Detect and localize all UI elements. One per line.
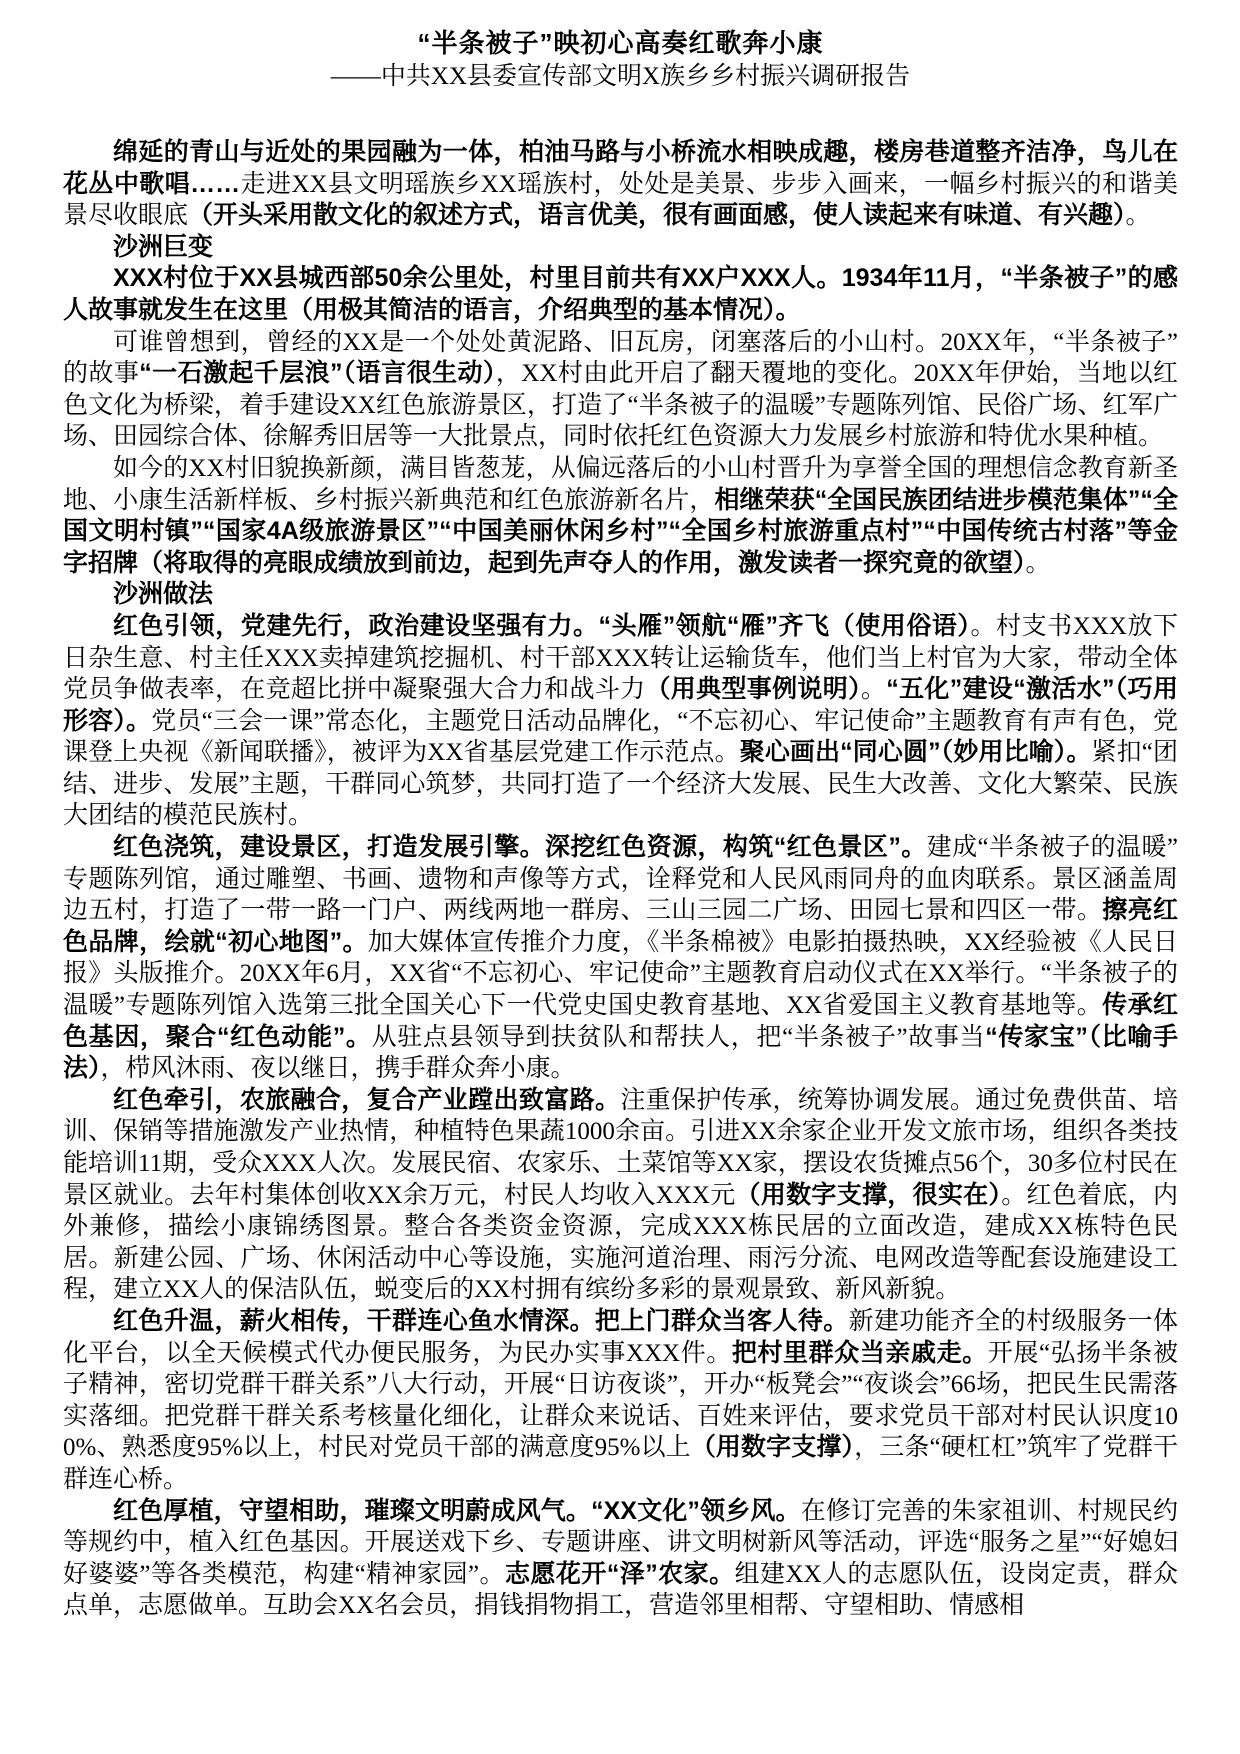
bold-run: 红色浇筑，建设景区，打造发展引擎。深挖红色资源，构筑“红色景区”。 (113, 833, 927, 861)
bold-run: 把村里群众当亲戚走。 (732, 1339, 988, 1367)
section-heading: 沙洲做法 (63, 579, 1178, 611)
bold-run: XXX村位于XX县城西部50余公里处，村里目前共有XX户XXX人。1934年11… (63, 264, 1178, 324)
bold-run: （用典型事例说明） (645, 675, 860, 703)
text-run: 。 (1026, 550, 1051, 577)
bold-run: 聚心画出“同心圆”（妙用比喻）。 (740, 738, 1092, 766)
paragraph: 红色引领，党建先行，政治建设坚强有力。“头雁”领航“雁”齐飞（使用俗语）。村支书… (63, 611, 1178, 832)
bold-run: （用数字支撑） (691, 1433, 854, 1461)
bold-run: “一石激起千层浪”（语言很生动） (139, 359, 496, 387)
paragraph: XXX村位于XX县城西部50余公里处，村里目前共有XX户XXX人。1934年11… (63, 263, 1178, 326)
bold-run: 红色牵引，农旅融合，复合产业蹚出致富路。 (113, 1086, 620, 1114)
document-title: “半条被子”映初心高奏红歌奔小康 (63, 26, 1178, 60)
text-run: 从驻点县领导到扶贫队和帮扶人，把“半条被子”故事当 (372, 1024, 986, 1051)
bold-run: 沙洲做法 (113, 580, 213, 608)
bold-run: 红色升温，薪火相传，干群连心鱼水情深。把上门群众当客人待。 (113, 1307, 849, 1335)
bold-run: 红色引领，党建先行，政治建设坚强有力。“头雁”领航“雁”齐飞（使用俗语） (113, 612, 971, 640)
paragraph: 红色厚植，守望相助，璀璨文明蔚成风气。“XX文化”领乡风。在修订完善的朱家祖训、… (63, 1496, 1178, 1622)
text-run: 。 (1126, 202, 1151, 229)
paragraph: 红色浇筑，建设景区，打造发展引擎。深挖红色资源，构筑“红色景区”。建成“半条被子… (63, 832, 1178, 1085)
text-run: ，栉风沐雨、夜以继日，携手群众奔小康。 (101, 1055, 576, 1082)
bold-run: （开头采用散文化的叙述方式，语言优美，很有画面感，使人读起来有味道、有兴趣） (188, 201, 1126, 229)
bold-run: 志愿花开“泽”农家。 (505, 1560, 735, 1588)
text-run: 。 (861, 676, 886, 703)
document-body: 绵延的青山与近处的果园融为一体，柏油马路与小桥流水相映成趣，楼房巷道整齐洁净，鸟… (63, 137, 1178, 1622)
paragraph: 绵延的青山与近处的果园融为一体，柏油马路与小桥流水相映成趣，楼房巷道整齐洁净，鸟… (63, 137, 1178, 232)
section-heading: 沙洲巨变 (63, 232, 1178, 264)
bold-run: 红色厚植，守望相助，璀璨文明蔚成风气。“XX文化”领乡风。 (113, 1497, 801, 1525)
document-page: “半条被子”映初心高奏红歌奔小康 ——中共XX县委宣传部文明X族乡乡村振兴调研报… (0, 0, 1240, 1754)
paragraph: 红色升温，薪火相传，干群连心鱼水情深。把上门群众当客人待。新建功能齐全的村级服务… (63, 1306, 1178, 1496)
paragraph: 可谁曾想到，曾经的XX是一个处处黄泥路、旧瓦房，闭塞落后的小山村。20XX年，“… (63, 327, 1178, 453)
paragraph: 红色牵引，农旅融合，复合产业蹚出致富路。注重保护传承，统筹协调发展。通过免费供苗… (63, 1085, 1178, 1306)
document-subtitle: ——中共XX县委宣传部文明X族乡乡村振兴调研报告 (63, 60, 1178, 93)
bold-run: 沙洲巨变 (113, 233, 213, 261)
bold-run: （用数字支撑，很实在） (736, 1181, 1002, 1209)
paragraph: 如今的XX村旧貌换新颜，满目皆葱茏，从偏远落后的小山村晋升为享誉全国的理想信念教… (63, 453, 1178, 579)
